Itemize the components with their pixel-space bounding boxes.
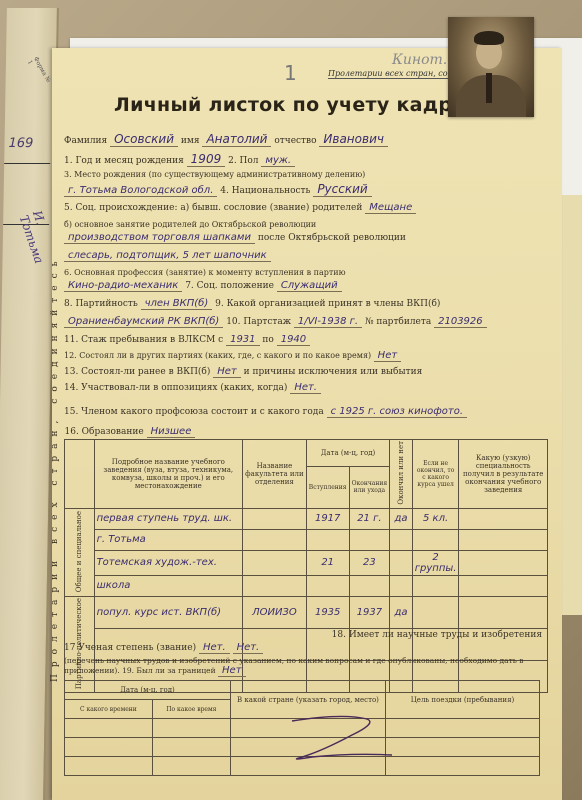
cell-course [412, 596, 459, 628]
cell-institution: г. Тотьма [94, 529, 242, 550]
q1-label: 1. Год и месяц рождения [64, 156, 184, 166]
pencil-note: Кинот... [392, 52, 456, 68]
cell-institution: школа [94, 575, 242, 596]
q5b-label: б) основное занятие родителей до Октябрь… [64, 220, 316, 229]
row-q1: 1. Год и месяц рождения 1909 2. Пол муж. [64, 152, 542, 166]
profession-value: Кино-радио-механик [64, 280, 182, 292]
nationality-value: Русский [313, 182, 371, 197]
q3-label: 3. Место рождения (по существующему адми… [64, 170, 365, 179]
cell-institution: попул. курс ист. ВКП(б) [94, 596, 242, 628]
estate-value: Мещане [365, 202, 416, 214]
previous-membership-value: Нет [213, 366, 241, 378]
row-q6: 6. Основная профессия (занятие) к момент… [64, 268, 542, 277]
row-q13: 13. Состоял-ли ранее в ВКП(б) Нет и прич… [64, 366, 542, 377]
header-exit: Окончания или ухода [349, 466, 390, 508]
q16-row: 16. Образование Низшее [65, 426, 548, 440]
birth-year-value: 1909 [187, 152, 226, 167]
row-q5b: б) основное занятие родителей до Октябрь… [64, 220, 542, 229]
header-institution: Подробное название учебного заведения (в… [94, 440, 242, 509]
header-specialty: Какую (узкую) специальность получил в ре… [459, 440, 548, 509]
cell-exit [349, 529, 390, 550]
q7-label: 7. Соц. положение [185, 281, 274, 291]
cell-finished [390, 529, 413, 550]
name-value: Анатолий [202, 132, 271, 147]
abroad-cell [385, 738, 539, 757]
other-parties-value: Нет [374, 350, 402, 362]
cell-exit: 1937 [349, 596, 390, 628]
cell-exit [349, 575, 390, 596]
q14-label: 14. Участвовал-ли в оппозициях (каких, к… [64, 383, 287, 393]
komsomol-from-value: 1931 [226, 334, 259, 346]
row-q11: 11. Стаж пребывания в ВЛКСМ с 1931 по 19… [64, 334, 542, 345]
header-faculty: Название факультета или отделения [243, 440, 307, 509]
cell-course: 2 группы. [412, 550, 459, 575]
photo-hair [474, 31, 504, 45]
row-q5b-value: производством торговля шапками после Окт… [64, 232, 542, 243]
q6-label: 6. Основная профессия (занятие) к момент… [64, 268, 346, 277]
cell-institution: первая ступень труд. шк. [94, 508, 242, 529]
cell-specialty [459, 550, 548, 575]
abroad-header-from: С какого времени [65, 700, 153, 719]
party-membership-value: член ВКП(б) [141, 298, 213, 310]
cell-entry: 21 [306, 550, 349, 575]
parents-occupation-before-value: производством торговля шапками [64, 232, 255, 244]
opposition-value: Нет. [290, 382, 321, 394]
q16-label: 16. Образование [65, 427, 144, 437]
handwritten-number: 169 [8, 136, 33, 151]
abroad-value: Нет [218, 665, 246, 677]
q9-label: 9. Какой организацией принят в члены ВКП… [215, 299, 440, 309]
row-q8: 8. Партийность член ВКП(б) 9. Какой орга… [64, 298, 542, 309]
row-q18-note: (перечень научных трудов и изобретений с… [64, 656, 534, 676]
cell-exit: 23 [349, 550, 390, 575]
social-status-value: Служащий [277, 280, 342, 292]
abroad-cell [385, 719, 539, 738]
q13c-label: и причины исключения или выбытия [244, 367, 423, 377]
cell-course: 5 кл. [412, 508, 459, 529]
abroad-cell [152, 757, 230, 776]
cell-faculty [243, 550, 307, 575]
abroad-cell [65, 719, 153, 738]
cell-entry [306, 529, 349, 550]
pencil-number: 1 [284, 61, 297, 85]
q2-label: 2. Пол [228, 156, 258, 166]
q12-label: 12. Состоял ли в других партиях (каких, … [64, 351, 371, 360]
party-tenure-value: 1/VI-1938 г. [294, 316, 362, 328]
q4-label: 4. Национальность [220, 186, 310, 196]
abroad-cell [152, 719, 230, 738]
cell-entry [306, 575, 349, 596]
surname-value: Осовский [110, 132, 178, 147]
patronymic-value: Иванович [319, 132, 388, 147]
cell-entry: 1917 [306, 508, 349, 529]
cell-faculty [243, 529, 307, 550]
row-q14: 14. Участвовал-ли в оппозициях (каких, к… [64, 382, 542, 393]
q19-label: 19. Был ли за границей [122, 666, 216, 675]
cell-specialty [459, 575, 548, 596]
row-q3: 3. Место рождения (по существующему адми… [64, 170, 542, 179]
sex-value: муж. [261, 155, 295, 167]
scientific-works-value: Нет. [233, 642, 264, 654]
cell-specialty [459, 529, 548, 550]
cell-finished [390, 550, 413, 575]
cell-finished: да [390, 508, 413, 529]
table-row: школа [65, 575, 548, 596]
admitting-organization-value: Ораниенбаумский РК ВКП(б) [64, 316, 223, 328]
row-q5a: 5. Соц. происхождение: а) бывш. сословие… [64, 202, 542, 213]
trade-union-value: с 1925 г. союз кинофото. [327, 406, 467, 418]
q17-label: 17 Ученая степень (звание) [64, 643, 196, 653]
education-group-label: Общее и специальное [65, 508, 95, 596]
q5a-label: 5. Соц. происхождение: а) бывш. сословие… [64, 203, 362, 213]
parents-occupation-after-value: слесарь, подтопщик, 5 лет шапочник [64, 250, 271, 262]
q15-row: 15. Членом какого профсоюза состоит и с … [64, 406, 548, 419]
header-course: Если не окончил, то с какого курса ушел [412, 440, 459, 509]
cell-institution: Тотемская худож.-тех. [94, 550, 242, 575]
cell-course [412, 575, 459, 596]
name-row: Фамилия Осовский имя Анатолий отчество И… [64, 132, 542, 146]
table-row: Тотемская худож.-тех.21232 группы. [65, 550, 548, 575]
cell-finished [390, 575, 413, 596]
cell-faculty: ЛОИИЗО [243, 596, 307, 628]
form-number: Форма № 1 [26, 56, 54, 91]
header-date: Дата (м-ц, год) [306, 440, 389, 467]
header-finished: Окончил или нет [390, 440, 413, 509]
signature-scribble [282, 713, 402, 763]
cell-specialty [459, 596, 548, 628]
portrait-photo [448, 17, 534, 117]
cell-entry: 1935 [306, 596, 349, 628]
abroad-cell [65, 757, 153, 776]
cell-faculty [243, 575, 307, 596]
row-q12: 12. Состоял ли в других партиях (каких, … [64, 350, 542, 361]
row-q6-value: Кино-радио-механик 7. Соц. положение Слу… [64, 280, 542, 291]
table-row: Общее и специальноепервая ступень труд. … [65, 508, 548, 529]
education-section-header: 15. Членом какого профсоюза состоит и с … [64, 406, 548, 419]
abroad-header-to: По какое время [152, 700, 230, 719]
name-label: имя [181, 136, 200, 146]
q13-label: 13. Состоял-ли ранее в ВКП(б) [64, 367, 210, 377]
partcard-label: № партбилета [365, 317, 431, 327]
photo-tie [486, 73, 492, 103]
margin-slogan: Пролетарии всех стран, соединяйтесь [50, 148, 64, 788]
q10-label: 10. Партстаж [226, 317, 291, 327]
cell-faculty [243, 508, 307, 529]
patronymic-label: отчество [274, 136, 316, 146]
row-q9-value: Ораниенбаумский РК ВКП(б) 10. Партстаж 1… [64, 316, 542, 327]
cell-course [412, 529, 459, 550]
q11-to-label: по [262, 335, 273, 345]
education-level-value: Низшее [147, 426, 196, 438]
q11-label: 11. Стаж пребывания в ВЛКСМ с [64, 335, 223, 345]
komsomol-to-value: 1940 [277, 334, 310, 346]
q15-label: 15. Членом какого профсоюза состоит и с … [64, 407, 324, 417]
cell-specialty [459, 508, 548, 529]
row-q3-value: г. Тотьма Вологодской обл. 4. Национальн… [64, 182, 542, 196]
table-row: г. Тотьма [65, 529, 548, 550]
academic-degree-value: Нет. [199, 642, 230, 654]
q8-label: 8. Партийность [64, 299, 138, 309]
q18-label: 18. Имеет ли научные труды и изобретения [332, 630, 542, 640]
abroad-cell [385, 757, 539, 776]
abroad-cell [152, 738, 230, 757]
header-entry: Вступления [306, 466, 349, 508]
birthplace-value: г. Тотьма Вологодской обл. [64, 185, 217, 197]
group-header-spacer [65, 440, 95, 509]
form-title: Личный листок по учету кадров [114, 94, 478, 116]
table-row: Партийно-политическоепопул. курс ист. ВК… [65, 596, 548, 628]
cell-exit: 21 г. [349, 508, 390, 529]
party-card-number-value: 2103926 [434, 316, 487, 328]
abroad-cell [65, 738, 153, 757]
cell-finished: да [390, 596, 413, 628]
row-q5c-value: слесарь, подтопщик, 5 лет шапочник [64, 250, 542, 261]
row-q17: 17 Ученая степень (звание) Нет. Нет. [64, 642, 542, 653]
abroad-header-purpose: Цель поездки (пребывания) [385, 681, 539, 719]
abroad-header-date: Дата (м-ц, год) [65, 681, 231, 700]
row-q18: 18. Имеет ли научные труды и изобретения [64, 630, 542, 640]
q5c-label: после Октябрьской революции [258, 233, 406, 243]
surname-label: Фамилия [64, 136, 107, 146]
personnel-form: Пролетарии всех стран, соединяйтесь 1 Ки… [52, 48, 562, 800]
